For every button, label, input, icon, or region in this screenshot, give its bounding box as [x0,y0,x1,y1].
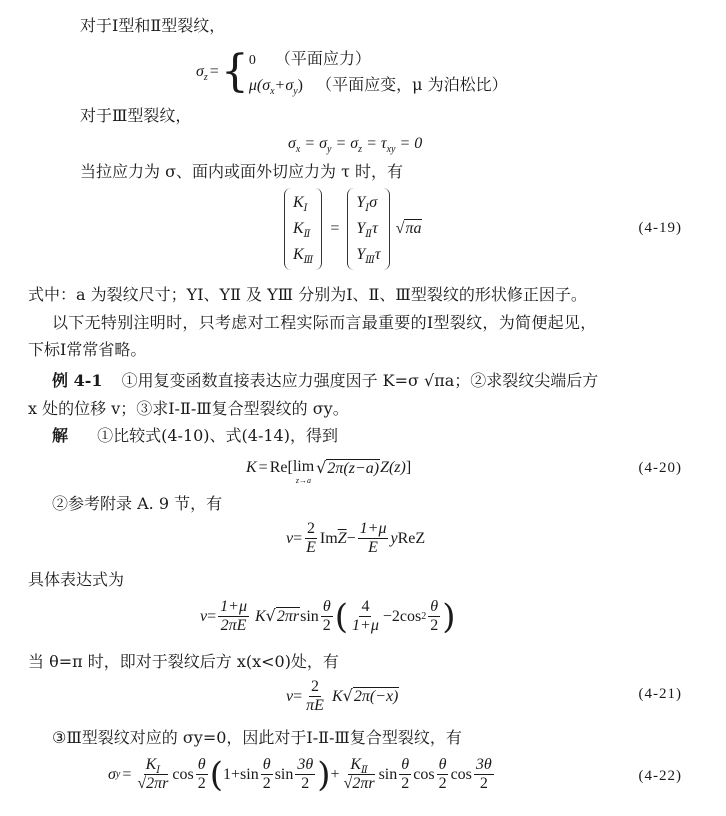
equation-4-22: σy= KⅠ√2πr cos θ2 ( 1+sin θ2 sin 3θ2 ) +… [108,756,496,793]
equals-sign: = [210,62,219,82]
equation-number-4-20: (4-20) [639,460,683,477]
paragraph-note-line2: 下标Ⅰ常常省略。 [28,340,146,360]
paragraph-mode-3-intro: 对于Ⅲ型裂纹， [80,106,191,126]
equation-v-specific: v= 1+μ2πE K √2πr sin θ2 ( 41+μ − 2cos2 θ… [200,598,455,635]
sqrt-pi-a: √πa [396,219,423,239]
paragraph-stress-definition: 当拉应力为 σ、面内或面外切应力为 τ 时，有 [80,162,403,182]
equation-sigma-z: σz = { 0 （平面应力） μ(σx+σy) （平面应变，μ 为泊松比） [196,44,508,100]
equation-v-general: v= 2E ImZ − 1+μE yReZ [286,520,425,557]
example-4-1-line2: x 处的位移 v；③求Ⅰ-Ⅱ-Ⅲ复合型裂纹的 σy。 [28,399,349,419]
paragraph-specific-expression: 具体表达式为 [28,570,124,590]
solution-step3: ③Ⅲ型裂纹对应的 σy=0，因此对于Ⅰ-Ⅱ-Ⅲ复合型裂纹，有 [52,728,462,748]
solution-step2: ②参考附录 A. 9 节，有 [52,494,222,514]
example-4-1-line1: 例 4-1 ①用复变函数直接表达应力强度因子 K=σ √πa；②求裂纹尖端后方 [52,371,598,391]
sigma-z-lhs: σz [196,62,208,82]
equation-4-19: KⅠ KⅡ KⅢ = YⅠσ YⅡτ YⅢτ √πa [284,188,422,270]
solution-label: 解 [52,426,68,445]
paragraph-theta-pi: 当 θ=π 时，即对于裂纹后方 x(x<0)处，有 [28,652,339,672]
equation-mode3-stresses: σx = σy = σz = τxy = 0 [288,134,422,154]
solution-step1: 解 ①比较式(4-10)、式(4-14)，得到 [52,426,338,446]
paragraph-mode-1-2-intro: 对于Ⅰ型和Ⅱ型裂纹， [80,16,225,36]
k-vector: KⅠ KⅡ KⅢ [284,188,322,270]
equation-4-20: K=Re[ limz→a √2π(z−a) Z(z)] [246,458,411,486]
equation-number-4-19: (4-19) [639,220,683,237]
paragraph-note-line1: 以下无特别注明时，只考虑对工程实际而言最重要的Ⅰ型裂纹，为简便起见， [52,313,597,333]
case-plane-strain: μ(σx+σy) （平面应变，μ 为泊松比） [249,73,508,98]
equation-number-4-22: (4-22) [639,768,683,785]
example-text: ①用复变函数直接表达应力强度因子 K=σ √πa；②求裂纹尖端后方 [122,371,599,390]
limit-operator: limz→a [293,458,314,486]
example-label: 例 4-1 [52,371,102,390]
case-plane-stress: 0 （平面应力） [249,47,508,73]
y-vector: YⅠσ YⅡτ YⅢτ [347,188,389,270]
equation-number-4-21: (4-21) [639,686,683,703]
left-brace: { [221,52,249,92]
cases-block: 0 （平面应力） μ(σx+σy) （平面应变，μ 为泊松比） [249,47,508,98]
equation-4-21: v= 2πE K √2π(−x) [286,678,399,715]
paragraph-where-clause: 式中：a 为裂纹尺寸；YⅠ、YⅡ 及 YⅢ 分别为Ⅰ、Ⅱ、Ⅲ型裂纹的形状修正因子… [28,285,587,305]
